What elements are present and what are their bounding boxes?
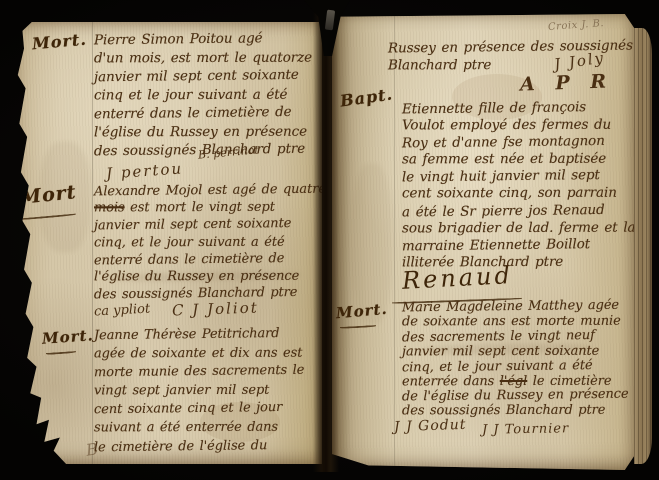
margin-underline (18, 213, 76, 220)
manuscript-line: sous brigadier de lad. ferme et la (402, 219, 636, 237)
entry-text: Jeanne Thérèse Petitrichard agée de soix… (94, 326, 304, 456)
pencil-annotation: Croix J. B. (548, 18, 605, 33)
manuscript-line: vingt sept janvier mil sept (94, 381, 304, 400)
manuscript-line: Etiennette fille de françois (402, 99, 636, 119)
manuscript-line: Jeanne Thérèse Petitrichard (94, 325, 304, 346)
manuscript-line: l'église du Russey en présence (94, 122, 312, 141)
manuscript-line: janvier mil sept cent soixante (402, 344, 629, 360)
book-spread: Mort. Pierre Simon Poitou agé d'un mois,… (0, 0, 659, 480)
margin-rule (394, 14, 395, 470)
margin-underline (340, 325, 376, 329)
entry-text: Marie Magdeleine Matthey agée de soixant… (402, 300, 629, 419)
signature-joliot: C J Joliot (172, 298, 259, 319)
page-stack-fore-edge (634, 28, 652, 464)
manuscript-line: cent soixante cinq, son parrain (402, 185, 636, 203)
margin-underline (46, 351, 76, 355)
manuscript-line: cinq, et le jour suivant a été (94, 233, 326, 251)
bottom-flourish: B (85, 439, 99, 459)
margin-label: Mort. (335, 300, 388, 322)
manuscript-line: Pierre Simon Poitou agé (94, 29, 312, 50)
manuscript-line: janvier mil sept cent soixante (94, 66, 312, 87)
manuscript-line: enterré dans le cimetière de (94, 249, 326, 269)
left-page: Mort. Pierre Simon Poitou agé d'un mois,… (10, 22, 322, 464)
margin-label: Mort. (31, 30, 87, 54)
margin-rule (92, 22, 93, 464)
struck-word: l'égl (500, 373, 527, 388)
signature-renaud: Renaud (401, 261, 513, 295)
right-page: Croix J. B. Russey en présence des souss… (332, 14, 637, 470)
manuscript-line: d'un mois, est mort le quatorze (94, 48, 312, 67)
entry-text: Pierre Simon Poitou agé d'un mois, est m… (94, 30, 312, 160)
manuscript-line: marraine Etiennette Boillot (402, 235, 636, 255)
margin-label: Mort (19, 181, 77, 209)
manuscript-line: Roy et d'anne fse montagnon (402, 133, 636, 153)
manuscript-line: Alexandre Mojol est agé de quatre (94, 181, 326, 201)
entry-text: Alexandre Mojol est agé de quatre mois e… (94, 182, 326, 302)
manuscript-line: janvier mil sept cent soixante (94, 215, 326, 235)
signature-godut: J J Godut (394, 417, 467, 436)
manuscript-line: morte munie des sacrements le (94, 362, 304, 383)
manuscript-line: l'église du Russey en présence (94, 268, 326, 286)
manuscript-line: Voulot employé des fermes du (402, 117, 636, 135)
manuscript-line: cent soixante cinq et le jour (94, 399, 304, 420)
line-part: enterrée dans (402, 374, 494, 389)
margin-label: Bapt. (339, 84, 394, 110)
margin-label: Mort. (41, 326, 94, 348)
struck-word: mois (94, 201, 125, 216)
manuscript-line: enterré dans le cimetière de (94, 103, 312, 124)
paraph-initials: A P R (520, 70, 614, 95)
entry-text: Etiennette fille de françois Voulot empl… (402, 100, 635, 271)
manuscript-line: cinq et le jour suivant a été (94, 85, 312, 104)
manuscript-line: le cimetière de l'église du (94, 436, 304, 457)
signature-joliot-small: ca ypliot (94, 302, 151, 320)
line-rest: est mort le vingt sept (130, 200, 275, 216)
signature-tournier: J J Tournier (482, 421, 569, 438)
manuscript-line: agée de soixante et dix ans est (94, 344, 304, 363)
manuscript-line: suivant a été enterrée dans (94, 419, 304, 438)
manuscript-line: a été le Sr pierre jos Renaud (402, 201, 636, 221)
signature-pertou: J pertou (105, 159, 183, 182)
